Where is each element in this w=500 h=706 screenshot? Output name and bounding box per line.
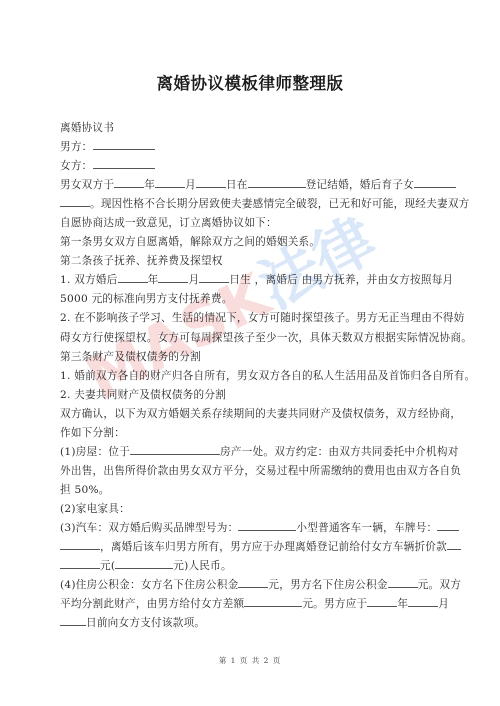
document-line: (2)家电家具： <box>60 500 445 519</box>
document-line: 第二条孩子抚养、抚养费及探望权 <box>60 252 445 271</box>
fill-in-blank <box>114 176 144 188</box>
line-text: 元，男方名下住房公积金 <box>268 579 387 591</box>
fill-in-blank <box>447 538 461 550</box>
line-text: 2. 在不影响孩子学习、生活的情况下，女方可随时探望孩子。男方无正当理由不得妨 <box>60 312 465 324</box>
line-text: 男方： <box>60 141 93 153</box>
document-line: (3)汽车：双方婚后购买品牌型号为：小型普通客车一辆，车牌号： <box>60 519 445 538</box>
line-text: 2. 夫妻共同财产及债权债务的分割 <box>60 389 226 401</box>
document-line: 离婚协议书 <box>60 119 445 138</box>
line-text: 年 <box>148 274 159 286</box>
document-line: 作如下分割： <box>60 424 445 443</box>
fill-in-blank <box>115 557 173 569</box>
fill-in-blank <box>130 443 220 455</box>
document-line: 2. 夫妻共同财产及债权债务的分割 <box>60 386 445 405</box>
fill-in-blank <box>408 595 438 607</box>
document-title: 离婚协议模板律师整理版 <box>0 70 500 94</box>
document-line: (1)房屋：位于房产一处。双方约定：由双方共同委托中介机构对 <box>60 443 445 462</box>
fill-in-blank <box>248 176 306 188</box>
fill-in-blank <box>158 271 188 283</box>
document-line: (4)住房公积金：女方名下住房公积金元，男方名下住房公积金元。双方 <box>60 576 445 595</box>
line-text: 离婚协议书 <box>60 122 114 134</box>
document-line: 平均分割此财产，由男方给付女方差额元。男方应于年月 <box>60 595 445 614</box>
line-text: 。现因性格不合长期分居致使夫妻感情完全破裂，已无和好可能，现经夫妻双方 <box>90 198 470 210</box>
line-text: 担 50%。 <box>60 484 110 496</box>
line-text: 双方确认，以下为双方婚姻关系存续期间的夫妻共同财产及债权债务，双方经协商， <box>60 408 461 420</box>
fill-in-blank <box>196 176 226 188</box>
line-text: 元( <box>100 560 115 572</box>
document-line: 元(元)人民币。 <box>60 557 445 576</box>
document-line: 女方： <box>60 157 445 176</box>
line-text: 元。男方应于 <box>302 598 367 610</box>
fill-in-blank <box>414 176 456 188</box>
line-text: (3)汽车：双方婚后购买品牌型号为： <box>60 522 238 534</box>
fill-in-blank <box>367 595 397 607</box>
line-text: 月 <box>438 598 449 610</box>
document-line: 1. 婚前双方各自的财产归各自所有，男女双方各自的私人生活用品及首饰归各自所有。 <box>60 367 445 386</box>
line-text: 月 <box>185 179 196 191</box>
line-text: 第三条财产及债权债务的分割 <box>60 351 201 363</box>
document-line: 5000 元的标准向男方支付抚养费。 <box>60 290 445 309</box>
fill-in-blank <box>93 138 155 150</box>
fill-in-blank <box>238 519 296 531</box>
line-text: 1. 双方婚后 <box>60 274 118 286</box>
document-page: MASK法律 离婚协议模板律师整理版 离婚协议书男方：女方：男女双方于年月日在登… <box>0 0 500 706</box>
document-line: 男方： <box>60 138 445 157</box>
line-text: 日生 ，离婚后 由男方抚养，并由女方按照每月 <box>229 274 453 286</box>
line-text: 自愿协商达成一致意见，订立离婚协议如下： <box>60 217 277 229</box>
document-line: 自愿协商达成一致意见，订立离婚协议如下： <box>60 214 445 233</box>
document-line: 男女双方于年月日在登记结婚，婚后育子女 <box>60 176 445 195</box>
document-body: 离婚协议书男方：女方：男女双方于年月日在登记结婚，婚后育子女。现因性格不合长期分… <box>60 119 445 633</box>
line-text: ，离婚后该车归男方所有，男方应于办理离婚登记前给付女方车辆折价款 <box>100 541 447 553</box>
fill-in-blank <box>155 176 185 188</box>
fill-in-blank <box>437 519 459 531</box>
document-line: 日前向女方支付该款项。 <box>60 614 445 633</box>
document-line: 外出售，出售所得价款由男女双方平分，交易过程中所需缴纳的费用也由双方各自负 <box>60 462 445 481</box>
document-line: 1. 双方婚后年月日生 ，离婚后 由男方抚养，并由女方按照每月 <box>60 271 445 290</box>
line-text: 平均分割此财产，由男方给付女方差额 <box>60 598 244 610</box>
fill-in-blank <box>60 614 86 626</box>
line-text: (4)住房公积金：女方名下住房公积金 <box>60 579 238 591</box>
line-text: 元。双方 <box>418 579 461 591</box>
fill-in-blank <box>238 576 268 588</box>
line-text: 第一条男女双方自愿离婚，解除双方之间的婚姻关系。 <box>60 236 320 248</box>
document-line: 担 50%。 <box>60 481 445 500</box>
line-text: 年 <box>144 179 155 191</box>
document-line: 碍女方行使探望权。女方可每周探望孩子至少一次，具体天数双方根据实际情况协商。 <box>60 329 445 348</box>
document-line: 第一条男女双方自愿离婚，解除双方之间的婚姻关系。 <box>60 233 445 252</box>
fill-in-blank <box>93 157 155 169</box>
line-text: 女方： <box>60 160 93 172</box>
fill-in-blank <box>118 271 148 283</box>
line-text: 月 <box>188 274 199 286</box>
line-text: 1. 婚前双方各自的财产归各自所有，男女双方各自的私人生活用品及首饰归各自所有。 <box>60 370 475 382</box>
line-text: 碍女方行使探望权。女方可每周探望孩子至少一次，具体天数双方根据实际情况协商。 <box>60 332 472 344</box>
fill-in-blank <box>60 195 90 207</box>
fill-in-blank <box>60 557 100 569</box>
line-text: 男女双方于 <box>60 179 114 191</box>
line-text: 5000 元的标准向男方支付抚养费。 <box>60 293 233 305</box>
document-line: 第三条财产及债权债务的分割 <box>60 348 445 367</box>
line-text: 第二条孩子抚养、抚养费及探望权 <box>60 255 223 267</box>
page-number-footer: 第 1 页 共 2 页 <box>0 655 500 666</box>
fill-in-blank <box>244 595 302 607</box>
fill-in-blank <box>60 538 100 550</box>
line-text: 外出售，出售所得价款由男女双方平分，交易过程中所需缴纳的费用也由双方各自负 <box>60 465 461 477</box>
line-text: 房产一处。双方约定：由双方共同委托中介机构对 <box>220 446 459 458</box>
document-line: 2. 在不影响孩子学习、生活的情况下，女方可随时探望孩子。男方无正当理由不得妨 <box>60 309 445 328</box>
document-line: 双方确认，以下为双方婚姻关系存续期间的夫妻共同财产及债权债务，双方经协商， <box>60 405 445 424</box>
line-text: 年 <box>397 598 408 610</box>
line-text: 作如下分割： <box>60 427 125 439</box>
line-text: 小型普通客车一辆，车牌号： <box>296 522 437 534</box>
line-text: (1)房屋：位于 <box>60 446 130 458</box>
line-text: 登记结婚，婚后育子女 <box>306 179 414 191</box>
line-text: 日前向女方支付该款项。 <box>86 617 205 629</box>
line-text: 日在 <box>226 179 248 191</box>
document-line: ，离婚后该车归男方所有，男方应于办理离婚登记前给付女方车辆折价款 <box>60 538 445 557</box>
line-text: 元)人民币。 <box>173 560 232 572</box>
document-line: 。现因性格不合长期分居致使夫妻感情完全破裂，已无和好可能，现经夫妻双方 <box>60 195 445 214</box>
fill-in-blank <box>388 576 418 588</box>
line-text: (2)家电家具： <box>60 503 130 515</box>
fill-in-blank <box>199 271 229 283</box>
